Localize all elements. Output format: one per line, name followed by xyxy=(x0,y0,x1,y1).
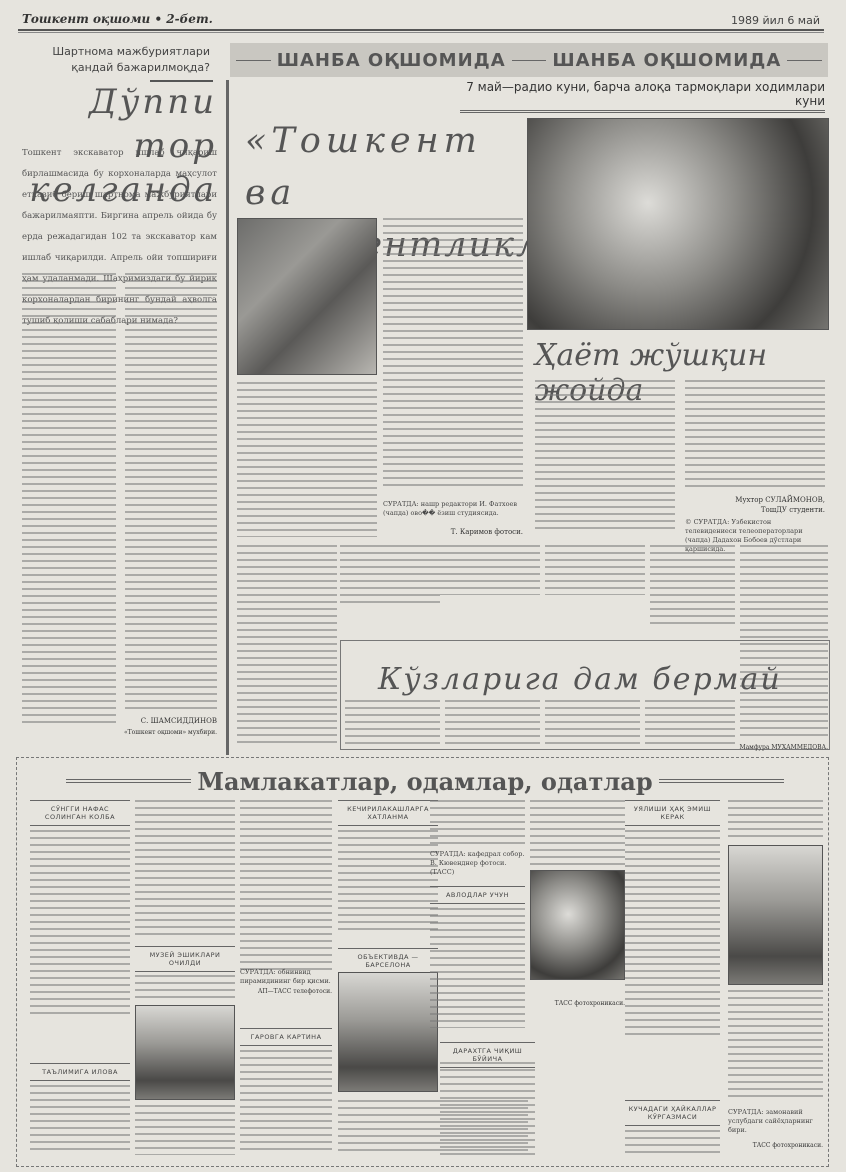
studio-photo xyxy=(237,218,377,375)
sculpture-photo-credit: ТАСС фотохроникаси. xyxy=(728,1142,823,1149)
subhead-flask: Сўнгги нафас солинган колба xyxy=(30,800,130,826)
title-dash xyxy=(66,779,191,783)
countries-section-title: Мамлакатлар, одамлар, одатлар xyxy=(60,767,790,795)
center-photographer: Т. Каримов фотоси. xyxy=(383,528,523,536)
eyes-article-author: Мамфура МУХАММЕДОВА. xyxy=(700,744,828,751)
couple-photo-credit: ТАСС фотохроникаси. xyxy=(530,1000,625,1007)
banner-dash xyxy=(236,60,271,61)
pyramid-caption: СУРАТДА: обнинвид пирамидининг бир қисми… xyxy=(240,968,332,986)
right-article-column-2 xyxy=(685,380,825,490)
pyramid-photo-credit: АП—ТАСС телефотоси. xyxy=(240,988,332,995)
generations-column xyxy=(430,908,525,1028)
thoughts-column xyxy=(530,800,625,865)
radio-article-column-5 xyxy=(650,545,735,625)
addendum-column xyxy=(30,1085,130,1155)
sculpture-column xyxy=(625,1130,720,1155)
masthead-rule xyxy=(18,29,824,31)
headline-line-1: «Тошкент ва xyxy=(245,115,545,219)
eyes-article-column-3 xyxy=(545,700,640,745)
paper-name: Тошкент оқшоми • 2-бет. xyxy=(22,12,213,26)
banner-subtitle: 7 май—радио куни, барча алоқа тармоқлари… xyxy=(460,80,825,113)
right-article-author-title: ТошДУ студенти. xyxy=(685,506,825,514)
museum-photo xyxy=(135,1005,235,1100)
subhead-collectors: Кечирилакашларга хатланма xyxy=(338,800,438,826)
left-article-column-2 xyxy=(125,273,217,713)
eyes-article-headline: Кўзларига дам бермай xyxy=(378,662,808,697)
sculpture-text-column xyxy=(728,990,823,1100)
eyes-article-column-4 xyxy=(645,700,735,745)
center-photo-caption: СУРАТДА: нашр редактори И. Фатхоев (чапд… xyxy=(383,500,523,518)
sculpture-photo xyxy=(728,845,823,985)
radio-article-column-4 xyxy=(545,545,645,595)
banner-dash xyxy=(787,60,822,61)
collectors-column xyxy=(338,830,438,930)
cathedral-column xyxy=(430,800,525,845)
center-article-column-right xyxy=(383,218,523,486)
right-article-author: Мухтор СУЛАЙМОНОВ, xyxy=(685,496,825,504)
tree-climbing-column xyxy=(440,1062,535,1155)
exhibit-column xyxy=(728,800,823,840)
museum-intro-column xyxy=(135,800,235,940)
couple-photo xyxy=(530,870,625,980)
radio-article-column-2 xyxy=(340,545,440,605)
kicker-line-2: қандай бажарилмоқда? xyxy=(40,60,210,76)
left-article-kicker: Шартнома мажбуриятлари қандай бажарилмоқ… xyxy=(40,44,210,76)
eyes-article-column-1 xyxy=(345,700,440,745)
title-dash xyxy=(659,779,784,783)
barcelona-cathedral-photo xyxy=(338,972,438,1092)
subhead-sculpture: Кучадаги ҳайкаллар кўргазмаси xyxy=(625,1100,720,1126)
museum-photo-caption xyxy=(135,1105,235,1155)
radio-article-column-1 xyxy=(237,545,337,745)
painting-column xyxy=(240,1050,332,1155)
subhead-barcelona: Объективда —Барселона xyxy=(338,948,438,974)
subhead-museum: Музей эшиклари очилди xyxy=(135,946,235,972)
banner-text-2: ШАНБА ОҚШОМИДА xyxy=(552,50,781,71)
left-article-author: С. ШАМСИДДИНОВ xyxy=(125,717,217,725)
left-article-column-1 xyxy=(22,273,116,728)
subhead-painting: Гаровга картина xyxy=(240,1028,332,1046)
flask-column xyxy=(30,830,130,1015)
radio-article-column-3 xyxy=(440,545,540,595)
camera-crew-photo xyxy=(527,118,829,330)
center-article-column-left xyxy=(237,382,377,537)
subhead-addendum: Таълимига илова xyxy=(30,1063,130,1081)
column-divider xyxy=(226,80,229,755)
banner-text-1: ШАНБА ОҚШОМИДА xyxy=(277,50,506,71)
saturday-banner: ШАНБА ОҚШОМИДА ШАНБА ОҚШОМИДА xyxy=(230,43,828,77)
cathedral-caption: СУРАТДА: кафедрал собор. В. Кювенднер фо… xyxy=(430,850,525,877)
shame-column xyxy=(625,830,720,1040)
museum-column xyxy=(135,975,235,1000)
section-title-text: Мамлакатлар, одамлар, одатлар xyxy=(197,767,652,796)
kicker-line-1: Шартнома мажбуриятлари xyxy=(40,44,210,60)
eyes-article-column-2 xyxy=(445,700,540,745)
subhead-shame: Уялиши ҳақ эмиш керак xyxy=(625,800,720,826)
subhead-generations: Авлодлар учун xyxy=(430,886,525,904)
right-article-column-1 xyxy=(535,380,675,530)
left-article-author-title: «Тошкент оқшоми» мухбири. xyxy=(118,729,217,736)
masthead-rule-thin xyxy=(18,32,824,33)
banner-dash xyxy=(512,60,547,61)
pyramid-column xyxy=(240,800,332,970)
sculpture-caption: СУРАТДА: замонавий услубдаги сайёҳларнин… xyxy=(728,1108,823,1135)
issue-date: 1989 йил 6 май xyxy=(731,14,820,27)
